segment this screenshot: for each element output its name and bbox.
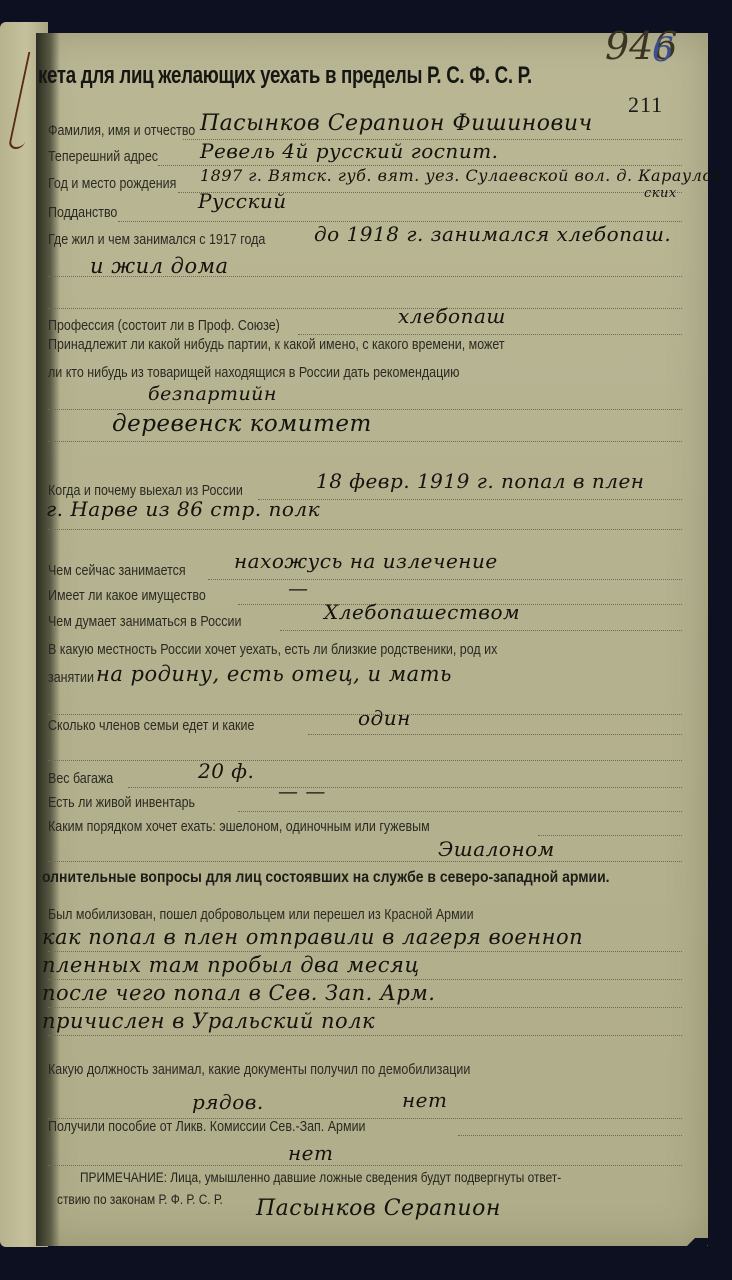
field-value-line: пленных там пробыл два месяц xyxy=(42,953,420,977)
field-label: Был мобилизован, пошел добровольцем или … xyxy=(48,907,474,923)
field-label: Профессия (состоит ли в Проф. Союзе) xyxy=(48,318,280,334)
field-label: Вес багажа xyxy=(48,771,113,787)
fill-line xyxy=(48,1165,682,1166)
field-value: Пасынков Серапион Фишинович xyxy=(200,111,593,136)
field-label: Чем думает заниматься в России xyxy=(48,614,241,630)
fill-line xyxy=(280,630,682,631)
field-label: Фамилия, имя и отчество xyxy=(48,123,195,139)
fill-line xyxy=(298,334,682,335)
fill-line xyxy=(258,499,682,500)
fill-line xyxy=(538,835,682,836)
field-value: Эшалоном xyxy=(438,837,555,861)
field-value: безпартийн xyxy=(148,383,277,405)
fill-line xyxy=(48,529,682,530)
field-label-cont: ли кто нибудь из товарищей находящися в … xyxy=(48,365,460,381)
field-value-line: после чего попал в Сев. Зап. Арм. xyxy=(42,981,435,1005)
section-title-army: олнительные вопросы для лиц состоявших н… xyxy=(42,869,610,887)
field-label: Есть ли живой инвентарь xyxy=(48,795,195,811)
field-value: нахожусь на излечение xyxy=(234,549,498,573)
field-label: Чем сейчас занимается xyxy=(48,563,186,579)
fill-line xyxy=(458,1135,682,1136)
field-value-line: причислен в Уральский полк xyxy=(42,1009,375,1033)
field-label: Имеет ли какое имущество xyxy=(48,588,206,604)
fill-line xyxy=(48,441,682,442)
field-label: Где жил и чем занимался с 1917 года xyxy=(48,232,265,248)
fill-line xyxy=(48,409,682,410)
note-line-2: ствию по законам Р. Ф. Р. С. Р. xyxy=(57,1192,223,1207)
field-value: один xyxy=(358,706,411,730)
field-value-cont: и жил дома xyxy=(90,254,229,278)
field-value: 20 ф. xyxy=(198,759,254,783)
fill-line xyxy=(48,861,682,862)
field-label: Теперешний адрес xyxy=(48,149,158,165)
fill-line xyxy=(48,1035,682,1036)
field-label: Получили пособие от Ликв. Комиссии Сев.-… xyxy=(48,1119,366,1135)
field-value-cont: деревенск комитет xyxy=(112,411,372,437)
fill-line xyxy=(238,811,682,812)
field-value: — xyxy=(288,576,309,600)
field-value: Русский xyxy=(198,189,287,213)
field-value-cont: ских xyxy=(644,186,677,201)
signature: Пасынков Серапион xyxy=(256,1196,501,1221)
page-number: 211 xyxy=(628,92,663,118)
fill-line xyxy=(48,760,682,761)
field-value: хлебопаш xyxy=(398,304,506,328)
field-value: рядов. xyxy=(192,1090,264,1114)
field-label: Сколько членов семьи едет и какие xyxy=(48,718,254,734)
field-label: Подданство xyxy=(48,205,117,221)
fill-line xyxy=(48,951,682,952)
field-value: Хлебопашеством xyxy=(324,600,520,624)
field-label: Каким порядком хочет ехать: эшелоном, од… xyxy=(48,819,430,835)
document-title: кета для лиц желающих уехать в пределы Р… xyxy=(38,62,532,90)
field-value: нет xyxy=(288,1141,333,1165)
fill-line xyxy=(128,787,682,788)
fill-line xyxy=(308,734,682,735)
field-value: 1897 г. Вятск. губ. вят. уез. Сулаевской… xyxy=(200,166,722,185)
field-value: до 1918 г. занимался хлебопаш. xyxy=(314,222,671,246)
field-label-cont: занятии xyxy=(48,670,94,686)
field-label: В какую местность России хочет уехать, е… xyxy=(48,642,497,658)
field-value: Ревель 4й русский госпит. xyxy=(200,139,499,163)
field-value-line: как попал в плен отправили в лагеря воен… xyxy=(42,925,583,949)
field-value: на родину, есть отец, и мать xyxy=(96,662,452,686)
field-label: Принадлежит ли какой нибудь партии, к ка… xyxy=(48,337,505,353)
field-label: Год и место рождения xyxy=(48,176,176,192)
fill-line xyxy=(48,979,682,980)
fill-line xyxy=(208,579,682,580)
field-value: 18 февр. 1919 г. попал в плен xyxy=(316,469,644,493)
fill-line xyxy=(48,1007,682,1008)
field-value-2: нет xyxy=(402,1088,447,1112)
field-value: — — xyxy=(278,779,326,803)
fill-line xyxy=(48,308,682,309)
field-value-cont: г. Нарве из 86 стр. полк xyxy=(46,497,320,521)
field-label: Какую должность занимал, какие документы… xyxy=(48,1062,470,1078)
note-line-1: ПРИМЕЧАНИЕ: Лица, умышленно давшие ложны… xyxy=(80,1170,561,1185)
archive-number-blue: 6 xyxy=(652,30,674,70)
